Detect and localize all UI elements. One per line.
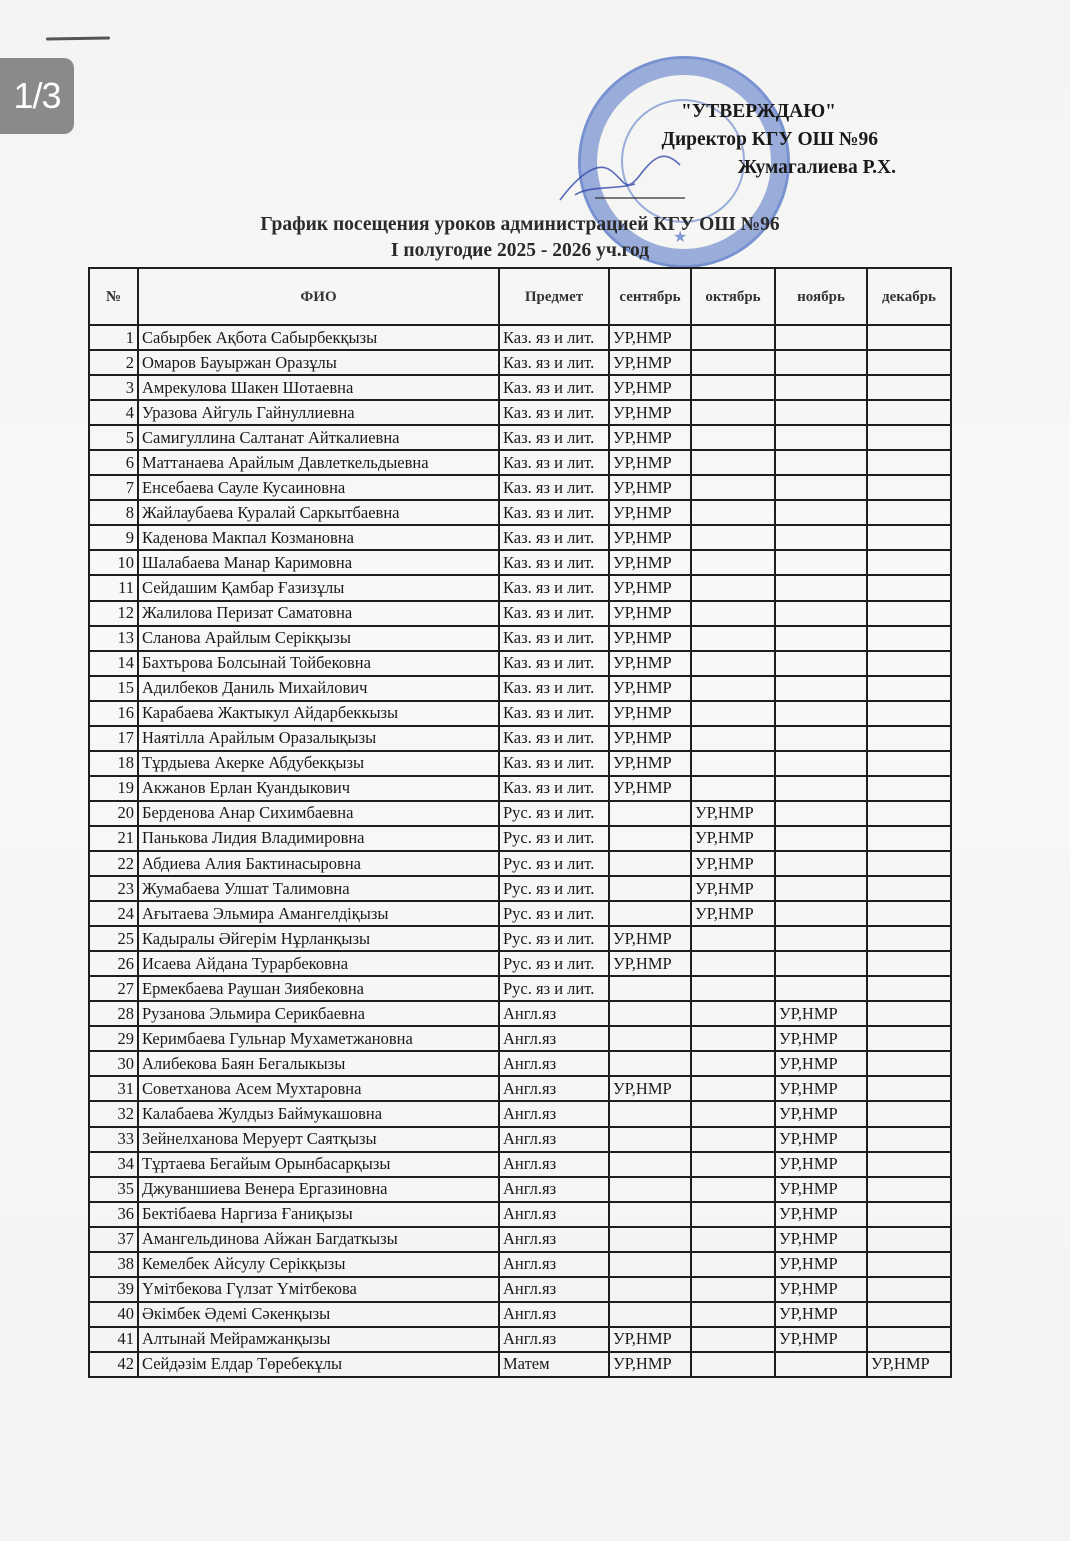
subject: Каз. яз и лит. bbox=[499, 575, 609, 600]
december-mark bbox=[867, 926, 951, 951]
teacher-name: Бахтьрова Болсынай Тойбековна bbox=[138, 651, 499, 676]
table-row: 14Бахтьрова Болсынай ТойбековнаКаз. яз и… bbox=[89, 651, 951, 676]
teacher-name: Енсебаева Сауле Кусаиновна bbox=[138, 475, 499, 500]
row-number: 30 bbox=[89, 1051, 138, 1076]
october-mark bbox=[691, 525, 775, 550]
november-mark: УР,НМР bbox=[775, 1327, 867, 1352]
table-row: 28Рузанова Эльмира СерикбаевнаАнгл.язУР,… bbox=[89, 1001, 951, 1026]
october-mark bbox=[691, 1327, 775, 1352]
november-mark: УР,НМР bbox=[775, 1152, 867, 1177]
october-mark bbox=[691, 651, 775, 676]
september-mark: УР,НМР bbox=[609, 726, 691, 751]
table-row: 30Алибекова Баян БегалыкызыАнгл.язУР,НМР bbox=[89, 1051, 951, 1076]
header-october: октябрь bbox=[691, 268, 775, 325]
pen-mark bbox=[46, 36, 110, 40]
subject: Англ.яз bbox=[499, 1051, 609, 1076]
table-row: 38Кемелбек Айсулу СерікқызыАнгл.язУР,НМР bbox=[89, 1252, 951, 1277]
october-mark bbox=[691, 1152, 775, 1177]
table-header-row: № ФИО Предмет сентябрь октябрь ноябрь де… bbox=[89, 268, 951, 325]
teacher-name: Наятілла Арайлым Оразалықызы bbox=[138, 726, 499, 751]
october-mark: УР,НМР bbox=[691, 901, 775, 926]
row-number: 14 bbox=[89, 651, 138, 676]
table-row: 3Амрекулова Шакен ШотаевнаКаз. яз и лит.… bbox=[89, 375, 951, 400]
december-mark bbox=[867, 1127, 951, 1152]
september-mark bbox=[609, 1252, 691, 1277]
row-number: 18 bbox=[89, 751, 138, 776]
december-mark bbox=[867, 901, 951, 926]
october-mark bbox=[691, 751, 775, 776]
december-mark bbox=[867, 801, 951, 826]
december-mark bbox=[867, 1227, 951, 1252]
september-mark: УР,НМР bbox=[609, 550, 691, 575]
october-mark: УР,НМР bbox=[691, 801, 775, 826]
november-mark: УР,НМР bbox=[775, 1302, 867, 1327]
teacher-name: Омаров Бауыржан Оразұлы bbox=[138, 350, 499, 375]
subject: Каз. яз и лит. bbox=[499, 400, 609, 425]
header-number: № bbox=[89, 268, 138, 325]
header-september: сентябрь bbox=[609, 268, 691, 325]
december-mark bbox=[867, 1177, 951, 1202]
december-mark bbox=[867, 1051, 951, 1076]
december-mark bbox=[867, 701, 951, 726]
october-mark: УР,НМР bbox=[691, 876, 775, 901]
row-number: 40 bbox=[89, 1302, 138, 1327]
table-row: 22Абдиева Алия БактинасыровнаРус. яз и л… bbox=[89, 851, 951, 876]
november-mark: УР,НМР bbox=[775, 1252, 867, 1277]
teacher-name: Сланова Арайлым Серікқызы bbox=[138, 626, 499, 651]
september-mark: УР,НМР bbox=[609, 926, 691, 951]
row-number: 7 bbox=[89, 475, 138, 500]
december-mark bbox=[867, 676, 951, 701]
subject: Англ.яз bbox=[499, 1177, 609, 1202]
september-mark bbox=[609, 1001, 691, 1026]
header-subject: Предмет bbox=[499, 268, 609, 325]
table-row: 2Омаров Бауыржан ОразұлыКаз. яз и лит.УР… bbox=[89, 350, 951, 375]
teacher-name: Алтынай Мейрамжанқызы bbox=[138, 1327, 499, 1352]
visit-schedule-table: № ФИО Предмет сентябрь октябрь ноябрь де… bbox=[88, 267, 952, 1378]
table-row: 7Енсебаева Сауле КусаиновнаКаз. яз и лит… bbox=[89, 475, 951, 500]
december-mark bbox=[867, 400, 951, 425]
row-number: 6 bbox=[89, 450, 138, 475]
november-mark: УР,НМР bbox=[775, 1051, 867, 1076]
row-number: 19 bbox=[89, 776, 138, 801]
subject: Каз. яз и лит. bbox=[499, 676, 609, 701]
row-number: 9 bbox=[89, 525, 138, 550]
november-mark bbox=[775, 525, 867, 550]
subject: Каз. яз и лит. bbox=[499, 375, 609, 400]
december-mark bbox=[867, 1277, 951, 1302]
teacher-name: Панькова Лидия Владимировна bbox=[138, 826, 499, 851]
table-row: 13Сланова Арайлым СерікқызыКаз. яз и лит… bbox=[89, 626, 951, 651]
teacher-name: Карабаева Жактыкул Айдарбеккызы bbox=[138, 701, 499, 726]
december-mark bbox=[867, 601, 951, 626]
table-row: 1Сабырбек Ақбота СабырбекқызыКаз. яз и л… bbox=[89, 325, 951, 350]
table-row: 18Тұрдыева Акерке АбдубекқызыКаз. яз и л… bbox=[89, 751, 951, 776]
row-number: 35 bbox=[89, 1177, 138, 1202]
september-mark: УР,НМР bbox=[609, 1327, 691, 1352]
november-mark bbox=[775, 550, 867, 575]
teacher-name: Жайлаубаева Куралай Саркытбаевна bbox=[138, 500, 499, 525]
december-mark bbox=[867, 500, 951, 525]
december-mark bbox=[867, 1001, 951, 1026]
october-mark bbox=[691, 726, 775, 751]
november-mark bbox=[775, 450, 867, 475]
october-mark bbox=[691, 1026, 775, 1051]
november-mark bbox=[775, 826, 867, 851]
november-mark: УР,НМР bbox=[775, 1202, 867, 1227]
december-mark bbox=[867, 575, 951, 600]
november-mark: УР,НМР bbox=[775, 1026, 867, 1051]
row-number: 42 bbox=[89, 1352, 138, 1377]
row-number: 31 bbox=[89, 1076, 138, 1101]
teacher-name: Ағытаева Эльмира Амангелдіқызы bbox=[138, 901, 499, 926]
subject: Каз. яз и лит. bbox=[499, 651, 609, 676]
september-mark: УР,НМР bbox=[609, 1352, 691, 1377]
november-mark bbox=[775, 601, 867, 626]
subject: Англ.яз bbox=[499, 1252, 609, 1277]
september-mark bbox=[609, 1202, 691, 1227]
subject: Англ.яз bbox=[499, 1101, 609, 1126]
table-row: 27Ермекбаева Раушан ЗиябековнаРус. яз и … bbox=[89, 976, 951, 1001]
october-mark bbox=[691, 1076, 775, 1101]
subject: Рус. яз и лит. bbox=[499, 926, 609, 951]
november-mark bbox=[775, 776, 867, 801]
row-number: 33 bbox=[89, 1127, 138, 1152]
september-mark: УР,НМР bbox=[609, 525, 691, 550]
november-mark: УР,НМР bbox=[775, 1177, 867, 1202]
november-mark bbox=[775, 1352, 867, 1377]
november-mark bbox=[775, 976, 867, 1001]
september-mark: УР,НМР bbox=[609, 375, 691, 400]
teacher-name: Джуваншиева Венера Ергазиновна bbox=[138, 1177, 499, 1202]
subject: Каз. яз и лит. bbox=[499, 350, 609, 375]
subject: Каз. яз и лит. bbox=[499, 751, 609, 776]
teacher-name: Үмітбекова Гүлзат Үмітбекова bbox=[138, 1277, 499, 1302]
november-mark bbox=[775, 876, 867, 901]
teacher-name: Самигуллина Салтанат Айткалиевна bbox=[138, 425, 499, 450]
october-mark bbox=[691, 1252, 775, 1277]
november-mark bbox=[775, 701, 867, 726]
october-mark bbox=[691, 926, 775, 951]
november-mark: УР,НМР bbox=[775, 1227, 867, 1252]
december-mark bbox=[867, 776, 951, 801]
subject: Каз. яз и лит. bbox=[499, 425, 609, 450]
table-row: 31Советханова Асем МухтаровнаАнгл.язУР,Н… bbox=[89, 1076, 951, 1101]
subject: Рус. яз и лит. bbox=[499, 901, 609, 926]
row-number: 29 bbox=[89, 1026, 138, 1051]
october-mark bbox=[691, 500, 775, 525]
subject: Англ.яз bbox=[499, 1127, 609, 1152]
row-number: 17 bbox=[89, 726, 138, 751]
december-mark bbox=[867, 475, 951, 500]
table-row: 21Панькова Лидия ВладимировнаРус. яз и л… bbox=[89, 826, 951, 851]
row-number: 5 bbox=[89, 425, 138, 450]
october-mark bbox=[691, 1127, 775, 1152]
teacher-name: Уразова Айгуль Гайнуллиевна bbox=[138, 400, 499, 425]
teacher-name: Шалабаева Манар Каримовна bbox=[138, 550, 499, 575]
september-mark: УР,НМР bbox=[609, 500, 691, 525]
row-number: 20 bbox=[89, 801, 138, 826]
november-mark bbox=[775, 751, 867, 776]
row-number: 10 bbox=[89, 550, 138, 575]
november-mark bbox=[775, 901, 867, 926]
teacher-name: Акжанов Ерлан Куандыкович bbox=[138, 776, 499, 801]
december-mark bbox=[867, 1302, 951, 1327]
december-mark bbox=[867, 325, 951, 350]
september-mark: УР,НМР bbox=[609, 475, 691, 500]
row-number: 11 bbox=[89, 575, 138, 600]
september-mark: УР,НМР bbox=[609, 350, 691, 375]
december-mark bbox=[867, 851, 951, 876]
november-mark bbox=[775, 676, 867, 701]
november-mark bbox=[775, 801, 867, 826]
teacher-name: Каденова Макпал Козмановна bbox=[138, 525, 499, 550]
october-mark bbox=[691, 601, 775, 626]
row-number: 37 bbox=[89, 1227, 138, 1252]
row-number: 16 bbox=[89, 701, 138, 726]
table-row: 9Каденова Макпал КозмановнаКаз. яз и лит… bbox=[89, 525, 951, 550]
september-mark bbox=[609, 1227, 691, 1252]
october-mark bbox=[691, 375, 775, 400]
table-row: 11Сейдашим Қамбар ҒазизұлыКаз. яз и лит.… bbox=[89, 575, 951, 600]
december-mark bbox=[867, 1202, 951, 1227]
teacher-name: Амангельдинова Айжан Багдаткызы bbox=[138, 1227, 499, 1252]
december-mark bbox=[867, 651, 951, 676]
row-number: 25 bbox=[89, 926, 138, 951]
table-row: 29Керимбаева Гульнар МухаметжановнаАнгл.… bbox=[89, 1026, 951, 1051]
october-mark bbox=[691, 1177, 775, 1202]
subject: Каз. яз и лит. bbox=[499, 726, 609, 751]
december-mark bbox=[867, 1152, 951, 1177]
december-mark bbox=[867, 1076, 951, 1101]
october-mark bbox=[691, 400, 775, 425]
document-subtitle: I полугодие 2025 - 2026 уч.год bbox=[0, 240, 1040, 262]
december-mark bbox=[867, 951, 951, 976]
october-mark bbox=[691, 976, 775, 1001]
row-number: 8 bbox=[89, 500, 138, 525]
september-mark: УР,НМР bbox=[609, 1076, 691, 1101]
teacher-name: Рузанова Эльмира Серикбаевна bbox=[138, 1001, 499, 1026]
october-mark bbox=[691, 475, 775, 500]
november-mark bbox=[775, 926, 867, 951]
september-mark bbox=[609, 1127, 691, 1152]
november-mark bbox=[775, 375, 867, 400]
october-mark bbox=[691, 1277, 775, 1302]
row-number: 26 bbox=[89, 951, 138, 976]
december-mark bbox=[867, 1101, 951, 1126]
table-row: 26Исаева Айдана ТурарбековнаРус. яз и ли… bbox=[89, 951, 951, 976]
teacher-name: Сейдәзім Елдар Төребекұлы bbox=[138, 1352, 499, 1377]
november-mark bbox=[775, 500, 867, 525]
november-mark bbox=[775, 851, 867, 876]
teacher-name: Керимбаева Гульнар Мухаметжановна bbox=[138, 1026, 499, 1051]
december-mark bbox=[867, 726, 951, 751]
row-number: 24 bbox=[89, 901, 138, 926]
teacher-name: Советханова Асем Мухтаровна bbox=[138, 1076, 499, 1101]
row-number: 38 bbox=[89, 1252, 138, 1277]
november-mark: УР,НМР bbox=[775, 1101, 867, 1126]
september-mark: УР,НМР bbox=[609, 425, 691, 450]
table-row: 42Сейдәзім Елдар ТөребекұлыМатемУР,НМРУР… bbox=[89, 1352, 951, 1377]
table-row: 4Уразова Айгуль ГайнуллиевнаКаз. яз и ли… bbox=[89, 400, 951, 425]
subject: Каз. яз и лит. bbox=[499, 500, 609, 525]
september-mark: УР,НМР bbox=[609, 450, 691, 475]
teacher-name: Калабаева Жулдыз Баймукашовна bbox=[138, 1101, 499, 1126]
row-number: 34 bbox=[89, 1152, 138, 1177]
row-number: 21 bbox=[89, 826, 138, 851]
subject: Англ.яз bbox=[499, 1001, 609, 1026]
subject: Англ.яз bbox=[499, 1302, 609, 1327]
november-mark bbox=[775, 651, 867, 676]
subject: Рус. яз и лит. bbox=[499, 826, 609, 851]
row-number: 2 bbox=[89, 350, 138, 375]
subject: Англ.яз bbox=[499, 1327, 609, 1352]
table-row: 36Бектібаева Наргиза ҒаниқызыАнгл.язУР,Н… bbox=[89, 1202, 951, 1227]
december-mark bbox=[867, 876, 951, 901]
subject: Рус. яз и лит. bbox=[499, 801, 609, 826]
subject: Каз. яз и лит. bbox=[499, 525, 609, 550]
subject: Каз. яз и лит. bbox=[499, 325, 609, 350]
november-mark bbox=[775, 575, 867, 600]
teacher-name: Әкімбек Әдемі Сәкенқызы bbox=[138, 1302, 499, 1327]
september-mark bbox=[609, 1277, 691, 1302]
september-mark: УР,НМР bbox=[609, 400, 691, 425]
september-mark: УР,НМР bbox=[609, 701, 691, 726]
october-mark bbox=[691, 1051, 775, 1076]
subject: Рус. яз и лит. bbox=[499, 976, 609, 1001]
september-mark: УР,НМР bbox=[609, 325, 691, 350]
november-mark bbox=[775, 425, 867, 450]
teacher-name: Кадыралы Әйгерім Нұрланқызы bbox=[138, 926, 499, 951]
subject: Англ.яз bbox=[499, 1152, 609, 1177]
table-row: 25Кадыралы Әйгерім НұрланқызыРус. яз и л… bbox=[89, 926, 951, 951]
table-row: 17Наятілла Арайлым ОразалықызыКаз. яз и … bbox=[89, 726, 951, 751]
subject: Каз. яз и лит. bbox=[499, 450, 609, 475]
row-number: 1 bbox=[89, 325, 138, 350]
table-row: 8Жайлаубаева Куралай СаркытбаевнаКаз. яз… bbox=[89, 500, 951, 525]
teacher-name: Бектібаева Наргиза Ғаниқызы bbox=[138, 1202, 499, 1227]
table-row: 12Жалилова Перизат СаматовнаКаз. яз и ли… bbox=[89, 601, 951, 626]
subject: Англ.яз bbox=[499, 1227, 609, 1252]
october-mark bbox=[691, 575, 775, 600]
approval-signatory: Жумагалиева Р.Х. bbox=[662, 154, 896, 182]
september-mark bbox=[609, 801, 691, 826]
header-name: ФИО bbox=[138, 268, 499, 325]
september-mark bbox=[609, 1177, 691, 1202]
september-mark: УР,НМР bbox=[609, 626, 691, 651]
september-mark bbox=[609, 851, 691, 876]
november-mark bbox=[775, 400, 867, 425]
december-mark bbox=[867, 350, 951, 375]
december-mark bbox=[867, 550, 951, 575]
subject: Каз. яз и лит. bbox=[499, 701, 609, 726]
september-mark: УР,НМР bbox=[609, 951, 691, 976]
september-mark: УР,НМР bbox=[609, 575, 691, 600]
teacher-name: Сейдашим Қамбар Ғазизұлы bbox=[138, 575, 499, 600]
approval-position: Директор КГУ ОШ №96 bbox=[662, 126, 878, 154]
teacher-name: Ермекбаева Раушан Зиябековна bbox=[138, 976, 499, 1001]
table-row: 35Джуваншиева Венера ЕргазиновнаАнгл.язУ… bbox=[89, 1177, 951, 1202]
subject: Рус. яз и лит. bbox=[499, 851, 609, 876]
december-mark bbox=[867, 1327, 951, 1352]
december-mark bbox=[867, 375, 951, 400]
october-mark: УР,НМР bbox=[691, 851, 775, 876]
september-mark: УР,НМР bbox=[609, 651, 691, 676]
october-mark bbox=[691, 1001, 775, 1026]
table-row: 37Амангельдинова Айжан БагдаткызыАнгл.яз… bbox=[89, 1227, 951, 1252]
table-row: 16Карабаева Жактыкул АйдарбеккызыКаз. яз… bbox=[89, 701, 951, 726]
row-number: 32 bbox=[89, 1101, 138, 1126]
row-number: 13 bbox=[89, 626, 138, 651]
header-december: декабрь bbox=[867, 268, 951, 325]
december-mark bbox=[867, 1252, 951, 1277]
november-mark: УР,НМР bbox=[775, 1277, 867, 1302]
december-mark bbox=[867, 425, 951, 450]
december-mark bbox=[867, 751, 951, 776]
september-mark bbox=[609, 1101, 691, 1126]
row-number: 23 bbox=[89, 876, 138, 901]
november-mark: УР,НМР bbox=[775, 1076, 867, 1101]
november-mark bbox=[775, 626, 867, 651]
subject: Каз. яз и лит. bbox=[499, 475, 609, 500]
table-row: 20Берденова Анар СихимбаевнаРус. яз и ли… bbox=[89, 801, 951, 826]
teacher-name: Маттанаева Арайлым Давлеткельдыевна bbox=[138, 450, 499, 475]
table-row: 34Тұртаева Бегайым ОрынбасарқызыАнгл.язУ… bbox=[89, 1152, 951, 1177]
september-mark: УР,НМР bbox=[609, 601, 691, 626]
teacher-name: Жумабаева Улшат Талимовна bbox=[138, 876, 499, 901]
teacher-name: Кемелбек Айсулу Серікқызы bbox=[138, 1252, 499, 1277]
october-mark bbox=[691, 951, 775, 976]
subject: Англ.яз bbox=[499, 1076, 609, 1101]
subject: Рус. яз и лит. bbox=[499, 951, 609, 976]
subject: Каз. яз и лит. bbox=[499, 550, 609, 575]
october-mark bbox=[691, 701, 775, 726]
table-row: 32Калабаева Жулдыз БаймукашовнаАнгл.язУР… bbox=[89, 1101, 951, 1126]
row-number: 12 bbox=[89, 601, 138, 626]
teacher-name: Зейнелханова Меруерт Саятқызы bbox=[138, 1127, 499, 1152]
november-mark bbox=[775, 325, 867, 350]
december-mark bbox=[867, 1026, 951, 1051]
subject: Рус. яз и лит. bbox=[499, 876, 609, 901]
table-row: 33Зейнелханова Меруерт СаятқызыАнгл.язУР… bbox=[89, 1127, 951, 1152]
teacher-name: Алибекова Баян Бегалыкызы bbox=[138, 1051, 499, 1076]
subject: Англ.яз bbox=[499, 1026, 609, 1051]
teacher-name: Тұртаева Бегайым Орынбасарқызы bbox=[138, 1152, 499, 1177]
october-mark bbox=[691, 550, 775, 575]
row-number: 27 bbox=[89, 976, 138, 1001]
december-mark: УР,НМР bbox=[867, 1352, 951, 1377]
october-mark bbox=[691, 776, 775, 801]
september-mark bbox=[609, 1051, 691, 1076]
subject: Англ.яз bbox=[499, 1202, 609, 1227]
october-mark bbox=[691, 1101, 775, 1126]
december-mark bbox=[867, 626, 951, 651]
october-mark bbox=[691, 676, 775, 701]
table-row: 23Жумабаева Улшат ТалимовнаРус. яз и лит… bbox=[89, 876, 951, 901]
september-mark bbox=[609, 826, 691, 851]
teacher-name: Берденова Анар Сихимбаевна bbox=[138, 801, 499, 826]
teacher-name: Адилбеков Даниль Михайлович bbox=[138, 676, 499, 701]
page-indicator: 1/3 bbox=[0, 58, 74, 134]
approval-heading: "УТВЕРЖДАЮ" bbox=[662, 98, 836, 126]
table-row: 10Шалабаева Манар КаримовнаКаз. яз и лит… bbox=[89, 550, 951, 575]
september-mark bbox=[609, 1152, 691, 1177]
teacher-name: Жалилова Перизат Саматовна bbox=[138, 601, 499, 626]
october-mark bbox=[691, 450, 775, 475]
october-mark bbox=[691, 1352, 775, 1377]
november-mark: УР,НМР bbox=[775, 1001, 867, 1026]
november-mark bbox=[775, 475, 867, 500]
